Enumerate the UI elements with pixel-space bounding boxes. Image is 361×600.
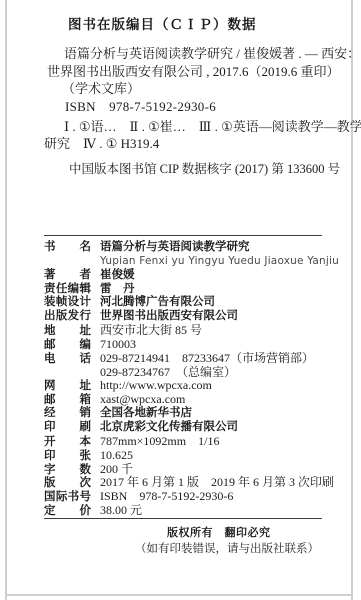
divider-bottom <box>44 518 322 519</box>
cip-publisher-line: 世界图书出版西安有限公司 , 2017.6（2019.6 重印） <box>44 63 344 81</box>
row-address: 地址 西安市北大街 85 号 <box>44 324 336 338</box>
row-isbn: 国际书号 ISBN 978-7-5192-2930-6 <box>44 490 336 504</box>
cip-copyright-page: { "cip": { "header": "图书在版编目（ＣＩＰ）数据", "d… <box>0 0 361 600</box>
page-edge-right <box>351 0 353 600</box>
row-cover-design: 装帧设计 河北腾博广告有限公司 <box>44 296 336 310</box>
row-printer: 印刷 北京虎彩文化传播有限公司 <box>44 421 336 435</box>
row-label: 电话 <box>44 353 91 367</box>
divider-top <box>44 235 322 236</box>
row-label: 印张 <box>44 450 91 464</box>
row-label: 装帧设计 <box>44 296 91 310</box>
row-value: 雷 丹 <box>100 283 336 297</box>
row-value: 10.625 <box>100 449 336 463</box>
row-value: 北京虎彩文化传播有限公司 <box>100 421 336 435</box>
row-label: 地址 <box>44 325 91 339</box>
cip-record-number: 中国版本图书馆 CIP 数据核字 (2017) 第 133600 号 <box>69 159 340 177</box>
cip-class-line-1: Ⅰ . ①语… Ⅱ . ①崔… Ⅲ . ①英语—阅读教学—教学 <box>44 119 350 136</box>
cip-isbn-line: ISBN 978-7-5192-2930-6 <box>44 98 344 116</box>
row-label: 网址 <box>44 380 91 394</box>
row-value: 029-87234767 （总编室） <box>100 366 336 380</box>
cip-class-line-2: 研究 Ⅳ . ① H319.4 <box>44 136 350 153</box>
row-value: 西安市北大街 85 号 <box>100 324 336 338</box>
row-label: 定价 <box>44 505 91 519</box>
row-edition: 版次 2017 年 6 月第 1 版 2019 年 6 月第 3 次印刷 <box>44 476 336 490</box>
row-value: http://www.wpcxa.com <box>100 379 336 393</box>
row-label: 字数 <box>44 464 91 478</box>
row-label: 著者 <box>44 269 91 283</box>
row-label: 版次 <box>44 477 91 491</box>
row-postcode: 邮编 710003 <box>44 338 336 352</box>
row-distributor: 经销 全国各地新华书店 <box>44 407 336 421</box>
row-value: 河北腾博广告有限公司 <box>100 296 336 310</box>
row-label: 责任编辑 <box>44 283 91 297</box>
row-value: ISBN 978-7-5192-2930-6 <box>100 490 336 504</box>
row-label: 国际书号 <box>44 491 91 505</box>
cip-title-line: 语篇分析与英语阅读教学研究 / 崔俊媛著 . — 西安： <box>44 45 344 63</box>
page-edge-left <box>5 0 7 600</box>
row-sheets: 印张 10.625 <box>44 449 336 463</box>
row-label: 出版发行 <box>44 310 91 324</box>
row-value: 787mm×1092mm 1/16 <box>100 435 336 449</box>
row-value: xast@wpcxa.com <box>100 393 336 407</box>
row-title-pinyin: Yupian Fenxi yu Yingyu Yuedu Jiaoxue Yan… <box>44 255 336 269</box>
row-book-title: 书名 语篇分析与英语阅读教学研究 <box>44 241 336 255</box>
row-phone: 电话 029-87214941 87233647（市场营销部） <box>44 352 336 366</box>
row-value: Yupian Fenxi yu Yingyu Yuedu Jiaoxue Yan… <box>100 255 339 269</box>
cip-header: 图书在版编目（ＣＩＰ）数据 <box>68 13 257 33</box>
row-value: 全国各地新华书店 <box>100 407 336 421</box>
row-label: 邮编 <box>44 339 91 353</box>
row-website: 网址 http://www.wpcxa.com <box>44 379 336 393</box>
row-value: 710003 <box>100 338 336 352</box>
misprint-contact-note: （如有印装错误，请与出版社联系） <box>135 540 319 556</box>
row-value: 崔俊媛 <box>100 269 336 283</box>
row-value: 语篇分析与英语阅读教学研究 <box>100 241 336 255</box>
copyright-notice: 版权所有 翻印必究 <box>167 524 271 540</box>
row-format: 开本 787mm×1092mm 1/16 <box>44 435 336 449</box>
row-label: 开本 <box>44 436 91 450</box>
row-chief-editor: 责任编辑 雷 丹 <box>44 283 336 297</box>
row-value: 2017 年 6 月第 1 版 2019 年 6 月第 3 次印刷 <box>100 476 336 490</box>
row-phone-cont: 029-87234767 （总编室） <box>44 366 336 380</box>
cip-description: 语篇分析与英语阅读教学研究 / 崔俊媛著 . — 西安： 世界图书出版西安有限公… <box>44 45 344 115</box>
cip-classification: Ⅰ . ①语… Ⅱ . ①崔… Ⅲ . ①英语—阅读教学—教学 研究 Ⅳ . ①… <box>44 119 350 152</box>
colophon-table: 书名 语篇分析与英语阅读教学研究 Yupian Fenxi yu Yingyu … <box>44 241 336 518</box>
row-value: 029-87214941 87233647（市场营销部） <box>100 352 336 366</box>
row-publisher: 出版发行 世界图书出版西安有限公司 <box>44 310 336 324</box>
row-author: 著者 崔俊媛 <box>44 269 336 283</box>
row-value: 世界图书出版西安有限公司 <box>100 310 336 324</box>
row-price: 定价 38.00 元 <box>44 504 336 518</box>
row-email: 邮箱 xast@wpcxa.com <box>44 393 336 407</box>
page-edge-bottom <box>5 594 353 596</box>
cip-series-line: （学术文库） <box>44 80 344 98</box>
row-value: 38.00 元 <box>100 504 336 518</box>
row-label: 经销 <box>44 407 91 421</box>
row-label: 书名 <box>44 241 91 255</box>
row-label: 印刷 <box>44 421 91 435</box>
